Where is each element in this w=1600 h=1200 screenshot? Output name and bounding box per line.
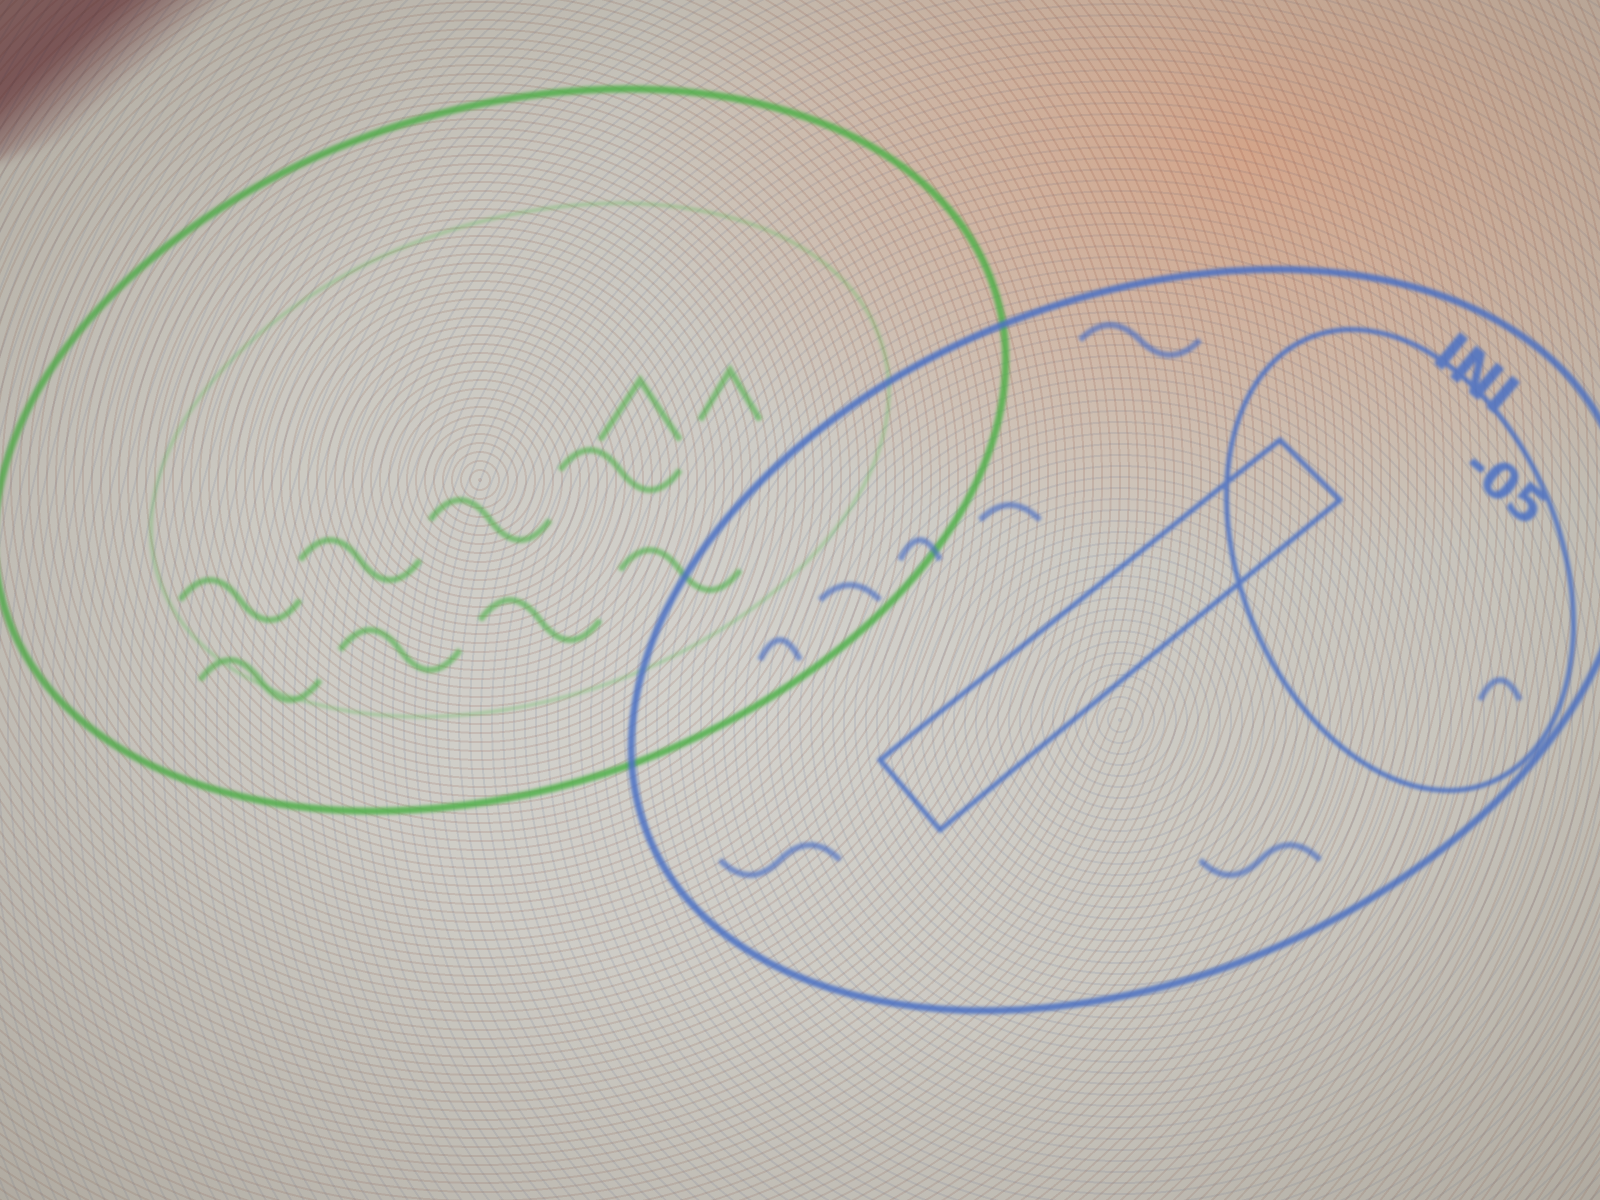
vignette xyxy=(0,0,1600,1200)
passport-photo: INI -05 xyxy=(0,0,1600,1200)
